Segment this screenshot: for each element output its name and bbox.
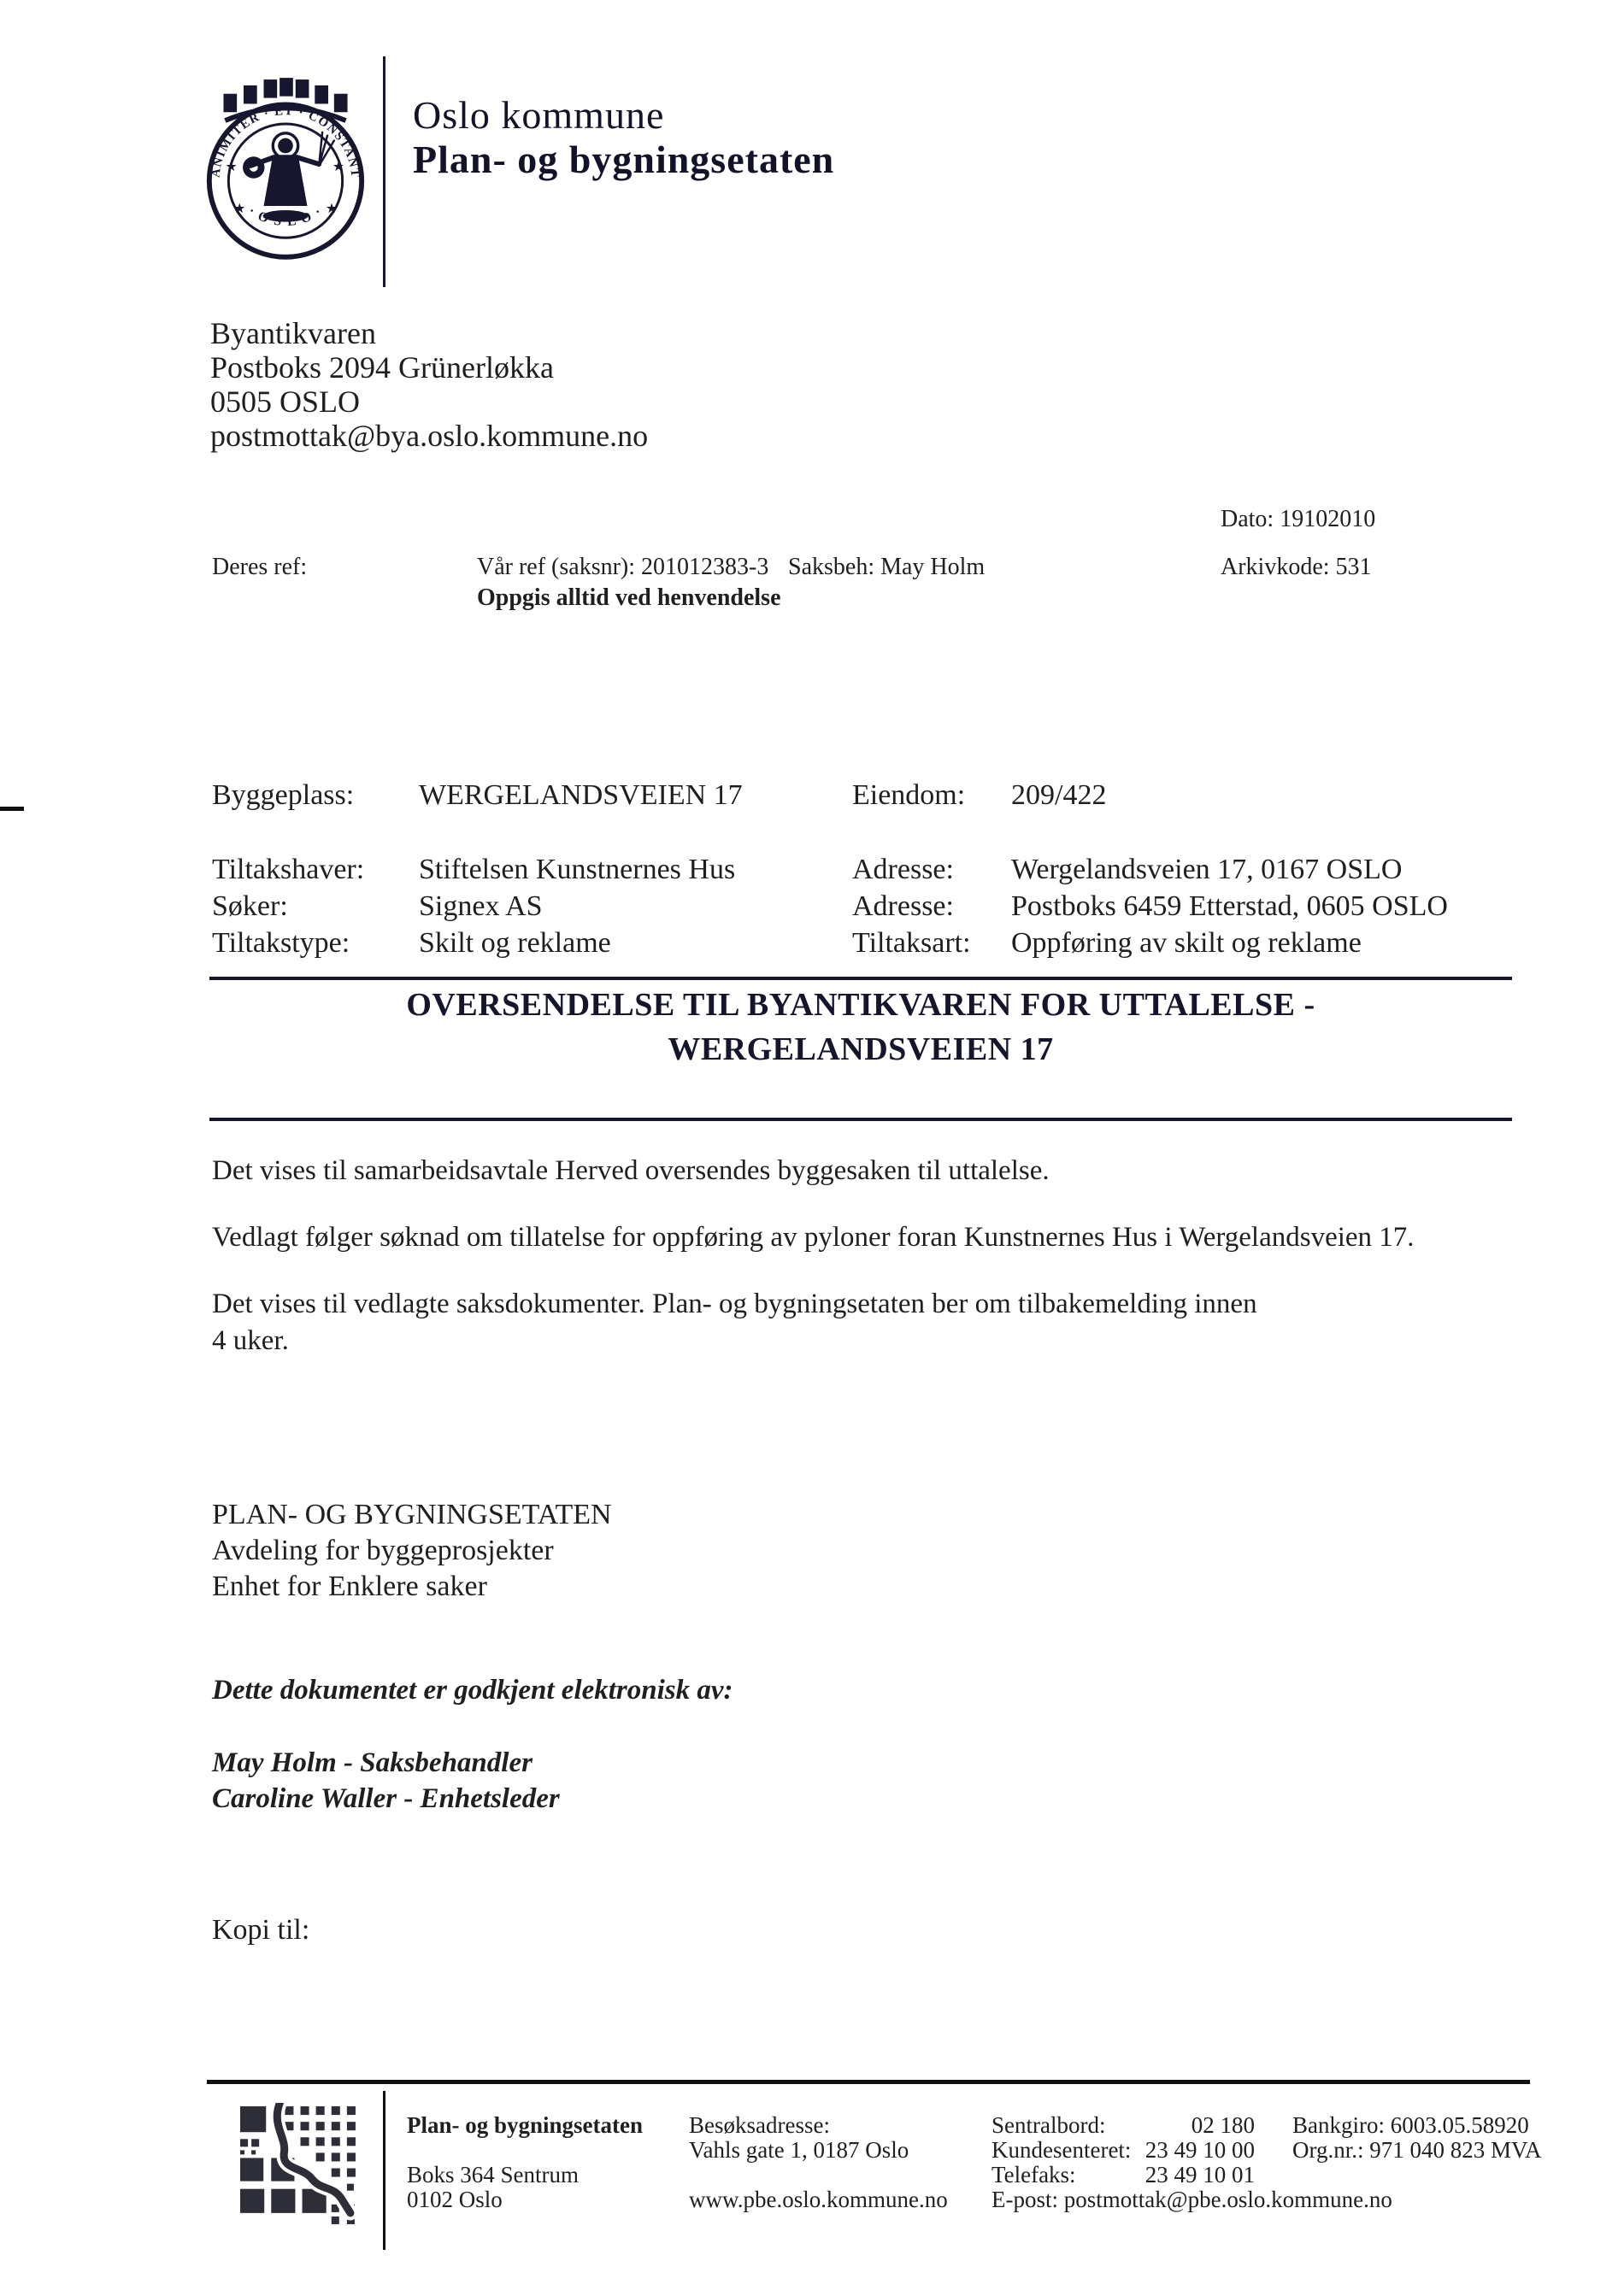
case-value: 209/422 [1011,779,1106,812]
title-rule-top [209,977,1512,980]
scanned-letter-page: UNANIMITER · ET · CONSTANTER · O S L O ·… [0,0,1624,2296]
department-name: Plan- og bygningsetaten [413,137,834,182]
footer-orgnr: Org.nr.: 971 040 823 MVA [1292,2137,1542,2164]
fold-mark-icon [0,807,24,811]
footer-visit-address: Vahls gate 1, 0187 Oslo [689,2137,909,2164]
case-label: Adresse: [852,890,954,923]
seal-star-icon: ★ [332,158,344,174]
case-label: Eiendom: [852,779,965,812]
letterhead-divider [383,56,385,287]
title-rule-bottom [209,1118,1512,1121]
body-paragraph-1: Det vises til samarbeidsavtale Herved ov… [212,1155,1050,1187]
footer-phone-value: 23 49 10 00 [1077,2137,1255,2164]
department-block-line: Enhet for Enklere saker [212,1569,612,1605]
case-value: Skilt og reklame [419,927,611,960]
seal-star-icon: ★ [225,158,237,174]
footer-bankgiro: Bankgiro: 6003.05.58920 [1292,2112,1529,2139]
case-label: Tiltaksart: [852,927,971,960]
footer-phone-value: 23 49 10 01 [1077,2162,1255,2188]
footer-phone-label: Telefaks: [991,2162,1076,2188]
recipient-line: postmottak@bya.oslo.kommune.no [210,419,648,453]
saksbeh: Saksbeh: May Holm [788,554,985,581]
recipient-block: Byantikvaren Postboks 2094 Grünerløkka 0… [210,316,648,453]
department-signature-block: PLAN- OG BYGNINGSETATEN Avdeling for byg… [212,1497,612,1605]
body-paragraph-2: Vedlagt følger søknad om tillatelse for … [212,1222,1415,1254]
footer-city: 0102 Oslo [407,2187,503,2213]
body-paragraph-3-line-2: 4 uker. [212,1325,289,1357]
footer-visit-label: Besøksadresse: [689,2112,830,2139]
oslo-kommune-seal-icon: UNANIMITER · ET · CONSTANTER · O S L O ·… [202,65,369,267]
body-paragraph-3-line-1: Det vises til vedlagte saksdokumenter. P… [212,1289,1257,1320]
case-value: Postboks 6459 Etterstad, 0605 OSLO [1011,890,1448,923]
footer-pobox: Boks 364 Sentrum [407,2162,579,2188]
date-line: Dato: 19102010 [1221,506,1375,533]
case-label: Søker: [212,890,288,923]
footer-email: E-post: postmottak@pbe.oslo.kommune.no [991,2187,1392,2213]
var-ref-note: Oppgis alltid ved henvendelse [477,584,781,612]
case-label: Byggeplass: [212,779,354,812]
footer-website: www.pbe.oslo.kommune.no [689,2187,948,2213]
case-label: Adresse: [852,854,954,886]
deres-ref-label: Deres ref: [212,554,307,581]
footer-phone-value: 02 180 [1077,2112,1255,2139]
recipient-line: Postboks 2094 Grünerløkka [210,350,648,385]
recipient-line: Byantikvaren [210,316,648,350]
case-value: WERGELANDSVEIEN 17 [419,779,743,812]
seal-star-icon: ★ [326,200,338,216]
footer-divider [383,2091,385,2250]
signer-line: May Holm - Saksbehandler [212,1745,560,1781]
case-value: Signex AS [419,890,543,923]
letter-title-line-2: WERGELANDSVEIEN 17 [209,1031,1512,1068]
kopi-label: Kopi til: [212,1914,309,1947]
case-value: Stiftelsen Kunstnernes Hus [419,854,735,886]
arkivkode: Arkivkode: 531 [1221,554,1372,581]
pbe-map-logo-icon [237,2103,362,2228]
var-ref: Vår ref (saksnr): 201012383-3 [477,554,768,581]
case-value: Oppføring av skilt og reklame [1011,927,1362,960]
case-label: Tiltakstype: [212,927,350,960]
footer-org-name: Plan- og bygningsetaten [407,2112,643,2139]
municipality-name: Oslo kommune [413,92,664,138]
department-block-line: PLAN- OG BYGNINGSETATEN [212,1497,612,1533]
signer-list: May Holm - Saksbehandler Caroline Waller… [212,1745,560,1817]
recipient-line: 0505 OSLO [210,385,648,419]
letter-title-line-1: OVERSENDELSE TIL BYANTIKVAREN FOR UTTALE… [209,986,1512,1024]
department-block-line: Avdeling for byggeprosjekter [212,1533,612,1569]
footer-rule [207,2080,1530,2084]
case-value: Wergelandsveien 17, 0167 OSLO [1011,854,1402,886]
seal-star-icon: ★ [233,200,245,216]
signer-line: Caroline Waller - Enhetsleder [212,1781,560,1817]
case-label: Tiltakshaver: [212,854,364,886]
signature-note: Dette dokumentet er godkjent elektronisk… [212,1675,733,1706]
